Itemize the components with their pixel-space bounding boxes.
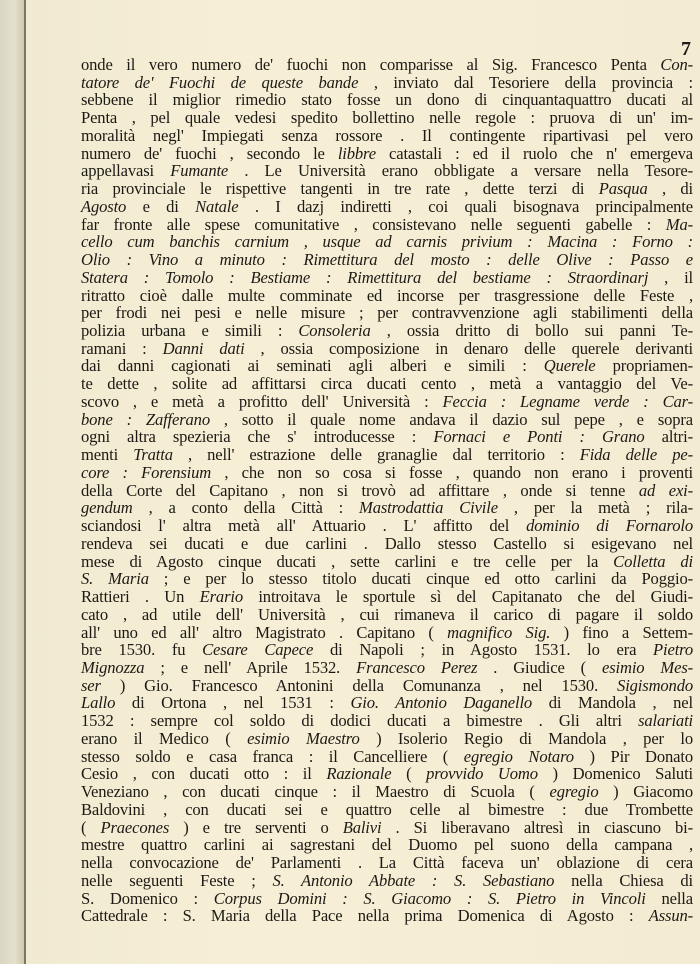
italic-text: Olio : Vino a minuto : Rimettitura del m… xyxy=(81,250,693,269)
italic-text: Feccia : Legname verde : Car- xyxy=(443,392,694,411)
text-line: rendeva sei ducati e due carlini . Dallo… xyxy=(81,535,693,553)
text-run: polizia urbana e simili : xyxy=(81,321,298,340)
text-run: ; e nell' Aprile 1532. xyxy=(144,658,356,677)
text-run: , inviato dal Tesoriere della provincia … xyxy=(358,73,693,92)
text-line: te dette , solite ad affittarsi circa du… xyxy=(81,375,693,393)
text-run: di Ortona , nel 1531 : xyxy=(115,693,350,712)
text-run: mese di Agosto cinque ducati , sette car… xyxy=(81,552,613,571)
text-run: ritratto cioè dalle multe comminate ed i… xyxy=(81,286,693,305)
text-run: nella xyxy=(646,889,693,908)
text-line: ramani : Danni dati , ossia composizione… xyxy=(81,340,693,358)
text-line: Baldovini , con ducati sei e quattro cel… xyxy=(81,801,693,819)
text-run: , che non so cosa si fosse , quando non … xyxy=(211,463,693,482)
text-line: nelle seguenti Feste ; S. Antonio Abbate… xyxy=(81,872,693,890)
text-line: S. Maria ; e per lo stesso titolo ducati… xyxy=(81,570,693,588)
text-line: Statera : Tomolo : Bestiame : Rimettitur… xyxy=(81,269,693,287)
italic-text: Tratta xyxy=(133,445,173,464)
italic-text: libbre xyxy=(338,144,376,163)
italic-text: Francesco Perez xyxy=(356,658,477,677)
italic-text: Ma- xyxy=(666,215,693,234)
text-run: Penta , pel quale vedesi spedito bollett… xyxy=(81,108,693,127)
italic-text: cello cum banchis carnium , usque ad car… xyxy=(81,232,693,251)
text-run: , il xyxy=(648,268,693,287)
text-run: scovo , e metà a profitto dell' Universi… xyxy=(81,392,443,411)
text-run: Rattieri . Un xyxy=(81,587,200,606)
italic-text: Querele xyxy=(544,356,596,375)
text-line: menti Tratta , nell' estrazione delle gr… xyxy=(81,446,693,464)
text-line: stesso soldo e casa franca : il Cancelli… xyxy=(81,748,693,766)
text-run: te dette , solite ad affittarsi circa du… xyxy=(81,374,693,393)
text-line: cello cum banchis carnium , usque ad car… xyxy=(81,233,693,251)
text-run: . Le Università erano obbligate a versar… xyxy=(228,161,693,180)
italic-text: Lallo xyxy=(81,693,115,712)
text-line: bre 1530. fu Cesare Capece di Napoli ; i… xyxy=(81,641,693,659)
text-line: per frodi nei pesi e nelle misure ; per … xyxy=(81,304,693,322)
text-run: catastali : ed il ruolo che n' emergeva xyxy=(376,144,693,163)
italic-text: esimio Mes- xyxy=(602,658,693,677)
italic-text: Natale xyxy=(195,197,238,216)
text-run: Baldovini , con ducati sei e quattro cel… xyxy=(81,800,693,819)
text-line: ritratto cioè dalle multe comminate ed i… xyxy=(81,287,693,305)
text-line: moralità negl' Impiegati senza rossore .… xyxy=(81,127,693,145)
text-run: ) Pir Donato xyxy=(574,747,693,766)
text-line: della Corte del Capitano , non si trovò … xyxy=(81,482,693,500)
text-line: Lallo di Ortona , nel 1531 : Gio. Antoni… xyxy=(81,694,693,712)
italic-text: S. Antonio Abbate : S. Sebastiano xyxy=(272,871,554,890)
italic-text: Fida delle pe- xyxy=(580,445,693,464)
text-run: . I dazj indiretti , coi quali bisognava… xyxy=(238,197,693,216)
text-run: far fronte alle spese comunitative , con… xyxy=(81,215,666,234)
italic-text: esimio Maestro xyxy=(247,729,360,748)
italic-text: Agosto xyxy=(81,197,126,216)
text-run: introitava le sportule sì del Capitanato… xyxy=(243,587,693,606)
italic-text: egregio xyxy=(549,782,598,801)
italic-text: Con- xyxy=(660,55,693,74)
text-line: polizia urbana e simili : Consoleria , o… xyxy=(81,322,693,340)
text-run: per frodi nei pesi e nelle misure ; per … xyxy=(81,303,693,322)
text-run: Cattedrale : S. Maria della Pace nella p… xyxy=(81,906,649,925)
italic-text: Erario xyxy=(200,587,243,606)
text-line: all' uno ed all' altro Magistrato . Capi… xyxy=(81,624,693,642)
text-line: ser ) Gio. Francesco Antonini della Comu… xyxy=(81,677,693,695)
text-line: Cattedrale : S. Maria della Pace nella p… xyxy=(81,907,693,925)
text-run: ) fino a Settem- xyxy=(550,623,693,642)
text-line: mese di Agosto cinque ducati , sette car… xyxy=(81,553,693,571)
text-run: appellavasi xyxy=(81,161,170,180)
text-run: rendeva sei ducati e due carlini . Dallo… xyxy=(81,534,693,553)
text-line: Cesio , con ducati otto : il Razionale (… xyxy=(81,765,693,783)
text-line: dai danni cagionati ai seminati agli alb… xyxy=(81,357,693,375)
text-run: . Si liberavano altresì in ciascuno bi- xyxy=(381,818,693,837)
text-run: , sotto il quale nome andava il dazio su… xyxy=(210,410,693,429)
text-run: , di xyxy=(648,179,693,198)
italic-text: Fornaci e Ponti : Grano xyxy=(433,427,644,446)
italic-text: Sigismondo xyxy=(617,676,693,695)
italic-text: Praecones xyxy=(100,818,169,837)
text-line: gendum , a conto della Città : Mastrodat… xyxy=(81,499,693,517)
text-line: mestre quattro carlini ai sagrestani del… xyxy=(81,836,693,854)
text-line: sebbene il miglior rimedio stato fosse u… xyxy=(81,91,693,109)
italic-text: Colletta di xyxy=(613,552,693,571)
text-run: ramani : xyxy=(81,339,163,358)
text-run: di Napoli ; in Agosto 1531. lo era xyxy=(313,640,653,659)
body-text: onde il vero numero de' fuochi non compa… xyxy=(81,56,693,925)
italic-text: bone : Zafferano xyxy=(81,410,210,429)
text-run: sebbene il miglior rimedio stato fosse u… xyxy=(81,90,693,109)
italic-text: ser xyxy=(81,676,101,695)
text-run: , nell' estrazione delle granaglie dal t… xyxy=(173,445,580,464)
book-page: 7 onde il vero numero de' fuochi non com… xyxy=(26,0,700,964)
text-line: Agosto e di Natale . I dazj indiretti , … xyxy=(81,198,693,216)
text-run: , ossia dritto di bollo sui panni Te- xyxy=(371,321,693,340)
text-line: ( Praecones ) e tre serventi o Balivi . … xyxy=(81,819,693,837)
text-run: nelle seguenti Feste ; xyxy=(81,871,272,890)
text-run: Veneziano , con ducati cinque : il Maest… xyxy=(81,782,549,801)
text-line: ogni altra spezieria che s' introducesse… xyxy=(81,428,693,446)
text-line: onde il vero numero de' fuochi non compa… xyxy=(81,56,693,74)
italic-text: egregio Notaro xyxy=(464,747,574,766)
italic-text: Balivi xyxy=(343,818,382,837)
text-line: 1532 : sempre col soldo di dodici ducati… xyxy=(81,712,693,730)
text-line: S. Domenico : Corpus Domini : S. Giacomo… xyxy=(81,890,693,908)
text-line: Rattieri . Un Erario introitava le sport… xyxy=(81,588,693,606)
text-run: , a conto della Città : xyxy=(133,498,359,517)
italic-text: Pasqua xyxy=(599,179,648,198)
italic-text: Razionale xyxy=(326,764,391,783)
text-run: altri- xyxy=(645,427,693,446)
text-run: ; e per lo stesso titolo ducati cinque e… xyxy=(149,569,693,588)
italic-text: magnifico Sig. xyxy=(447,623,550,642)
text-run: , ossia composizione in denaro delle que… xyxy=(245,339,693,358)
italic-text: Gio. Antonio Daganello xyxy=(350,693,532,712)
text-run: , per la metà ; rila- xyxy=(498,498,693,517)
text-run: ( xyxy=(81,818,100,837)
text-run: mestre quattro carlini ai sagrestani del… xyxy=(81,835,693,854)
text-line: erano il Medico ( esimio Maestro ) Isole… xyxy=(81,730,693,748)
text-run: numero de' fuochi , secondo le xyxy=(81,144,338,163)
text-run: propriamen- xyxy=(596,356,693,375)
italic-text: Danni dati xyxy=(163,339,245,358)
text-run: bre 1530. fu xyxy=(81,640,202,659)
text-line: Veneziano , con ducati cinque : il Maest… xyxy=(81,783,693,801)
text-run: nella Chiesa di xyxy=(554,871,693,890)
text-line: Olio : Vino a minuto : Rimettitura del m… xyxy=(81,251,693,269)
text-run: della Corte del Capitano , non si trovò … xyxy=(81,481,639,500)
text-run: sciandosi l' altra metà all' Attuario . … xyxy=(81,516,526,535)
italic-text: Fumante xyxy=(170,161,228,180)
italic-text: salariati xyxy=(638,711,693,730)
text-line: Penta , pel quale vedesi spedito bollett… xyxy=(81,109,693,127)
text-run: Cesio , con ducati otto : il xyxy=(81,764,326,783)
text-run: ) e tre serventi o xyxy=(169,818,343,837)
italic-text: Statera : Tomolo : Bestiame : Rimettitur… xyxy=(81,268,648,287)
italic-text: Corpus Domini : S. Giacomo : S. Pietro i… xyxy=(214,889,646,908)
text-line: appellavasi Fumante . Le Università eran… xyxy=(81,162,693,180)
text-line: far fronte alle spese comunitative , con… xyxy=(81,216,693,234)
text-run: di Mandola , nel xyxy=(532,693,693,712)
text-run: onde il vero numero de' fuochi non compa… xyxy=(81,55,660,74)
text-run: ) Giacomo xyxy=(599,782,693,801)
italic-text: S. Maria xyxy=(81,569,149,588)
italic-text: provvido Uomo xyxy=(426,764,538,783)
text-line: Mignozza ; e nell' Aprile 1532. Francesc… xyxy=(81,659,693,677)
text-run: ) Isolerio Regio di Mandola , per lo xyxy=(360,729,693,748)
italic-text: Pietro xyxy=(653,640,693,659)
text-line: bone : Zafferano , sotto il quale nome a… xyxy=(81,411,693,429)
text-line: sciandosi l' altra metà all' Attuario . … xyxy=(81,517,693,535)
text-line: numero de' fuochi , secondo le libbre ca… xyxy=(81,145,693,163)
text-line: cato , ad utile dell' Università , cui r… xyxy=(81,606,693,624)
italic-text: core : Forensium xyxy=(81,463,211,482)
italic-text: Assun- xyxy=(649,906,693,925)
text-run: moralità negl' Impiegati senza rossore .… xyxy=(81,126,693,145)
text-run: stesso soldo e casa franca : il Cancelli… xyxy=(81,747,464,766)
italic-text: Mastrodattia Civile xyxy=(359,498,498,517)
italic-text: dominio di Fornarolo xyxy=(526,516,693,535)
text-run: erano il Medico ( xyxy=(81,729,247,748)
italic-text: gendum xyxy=(81,498,133,517)
italic-text: ad exi- xyxy=(639,481,693,500)
text-run: 1532 : sempre col soldo di dodici ducati… xyxy=(81,711,638,730)
text-run: ogni altra spezieria che s' introducesse… xyxy=(81,427,433,446)
text-run: ) Domenico Saluti xyxy=(538,764,693,783)
text-line: nella convocazione de' Parlamenti . La C… xyxy=(81,854,693,872)
text-line: tatore de' Fuochi de queste bande , invi… xyxy=(81,74,693,92)
text-run: ) Gio. Francesco Antonini della Comunanz… xyxy=(101,676,617,695)
italic-text: tatore de' Fuochi de queste bande xyxy=(81,73,358,92)
text-run: ria provinciale le rispettive tangenti i… xyxy=(81,179,599,198)
text-run: all' uno ed all' altro Magistrato . Capi… xyxy=(81,623,447,642)
text-run: nella convocazione de' Parlamenti . La C… xyxy=(81,853,693,872)
text-run: cato , ad utile dell' Università , cui r… xyxy=(81,605,693,624)
text-line: scovo , e metà a profitto dell' Universi… xyxy=(81,393,693,411)
italic-text: Consoleria xyxy=(298,321,370,340)
text-line: ria provinciale le rispettive tangenti i… xyxy=(81,180,693,198)
text-run: S. Domenico : xyxy=(81,889,214,908)
book-gutter xyxy=(0,0,24,964)
text-run: menti xyxy=(81,445,133,464)
text-run: dai danni cagionati ai seminati agli alb… xyxy=(81,356,544,375)
text-run: e di xyxy=(126,197,195,216)
italic-text: Mignozza xyxy=(81,658,144,677)
text-run: ( xyxy=(391,764,426,783)
italic-text: Cesare Capece xyxy=(202,640,313,659)
text-line: core : Forensium , che non so cosa si fo… xyxy=(81,464,693,482)
text-run: . Giudice ( xyxy=(477,658,602,677)
